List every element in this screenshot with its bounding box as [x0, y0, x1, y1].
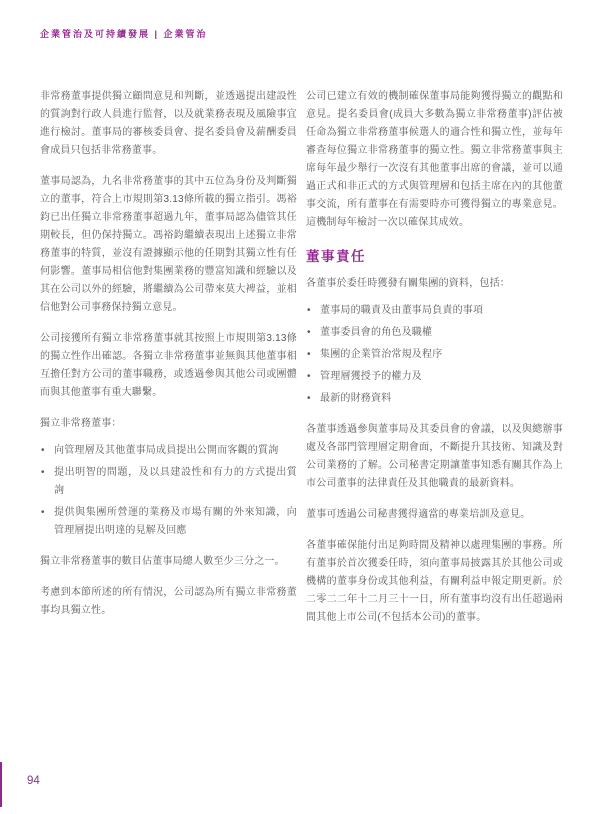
paragraph-independence-confirmation: 公司接獲所有獨立非常務董事就其按照上市規則第3.13條的獨立性作出確認。各獨立非… [40, 330, 297, 402]
list-item: 董事局的職責及由董事局負責的事項 [306, 302, 563, 320]
report-page: 企業管治及可持續發展 | 企業管治 非常務董事提供獨立顧問意見和判斷，並透過提出… [0, 0, 600, 814]
list-item: 最新的財務資料 [306, 390, 563, 408]
paragraph-professional-training: 董事可透過公司秘書獲得適當的專業培訓及意見。 [306, 506, 563, 524]
list-intro-induction: 各董事於委任時獲發有關集團的資料，包括： [306, 275, 563, 293]
running-header: 企業管治及可持續發展 | 企業管治 [40, 27, 208, 40]
list-item: 董事委員會的角色及職權 [306, 324, 563, 342]
paragraph-independence-assessment: 董事局認為，九名非常務董事的其中五位為身份及判斷獨立的董事，符合上市規則第3.1… [40, 173, 297, 317]
paragraph-ned-role: 非常務董事提供獨立顧問意見和判斷，並透過提出建設性的質詢對行政人員進行監督，以及… [40, 88, 297, 160]
paragraph-independence-conclusion: 考慮到本節所述的所有情況，公司認為所有獨立非常務董事均具獨立性。 [40, 584, 297, 620]
list-item: 管理層獲授予的權力及 [306, 368, 563, 386]
list-item: 向管理層及其他董事局成員提出公開而客觀的質詢 [40, 442, 297, 460]
page-edge-mark [0, 762, 2, 807]
list-item: 提供與集團所營運的業務及市場有關的外來知識，向管理層提出明達的見解及回應 [40, 504, 297, 540]
content-columns: 非常務董事提供獨立顧問意見和判斷，並透過提出建設性的質詢對行政人員進行監督，以及… [40, 88, 563, 640]
section-heading-directors-responsibilities: 董事責任 [306, 245, 563, 265]
ined-contribution-list: 向管理層及其他董事局成員提出公開而客觀的質詢 提出明智的問題，及以具建設性和有力… [40, 442, 297, 540]
paragraph-independence-mechanism: 公司已建立有效的機制確保董事局能夠獲得獨立的觀點和意見。提名委員會(成員大多數為… [306, 88, 563, 232]
list-intro-ined: 獨立非常務董事： [40, 415, 297, 433]
induction-materials-list: 董事局的職責及由董事局負責的事項 董事委員會的角色及職權 集團的企業管治常規及程… [306, 302, 563, 408]
page-number: 94 [27, 775, 40, 787]
list-item: 集團的企業管治常規及程序 [306, 346, 563, 364]
right-column: 公司已建立有效的機制確保董事局能夠獲得獨立的觀點和意見。提名委員會(成員大多數為… [306, 88, 563, 640]
paragraph-ined-ratio: 獨立非常務董事的數目佔董事局總人數至少三分之一。 [40, 553, 297, 571]
paragraph-continuous-development: 各董事透過參與董事局及其委員會的會議，以及與總辦事處及各部門管理層定期會面，不斷… [306, 421, 563, 493]
list-item: 提出明智的問題，及以具建設性和有力的方式提出質詢 [40, 464, 297, 500]
paragraph-time-commitment: 各董事確保能付出足夠時間及精神以處理集團的事務。所有董事於首次獲委任時，須向董事… [306, 537, 563, 627]
left-column: 非常務董事提供獨立顧問意見和判斷，並透過提出建設性的質詢對行政人員進行監督，以及… [40, 88, 297, 640]
